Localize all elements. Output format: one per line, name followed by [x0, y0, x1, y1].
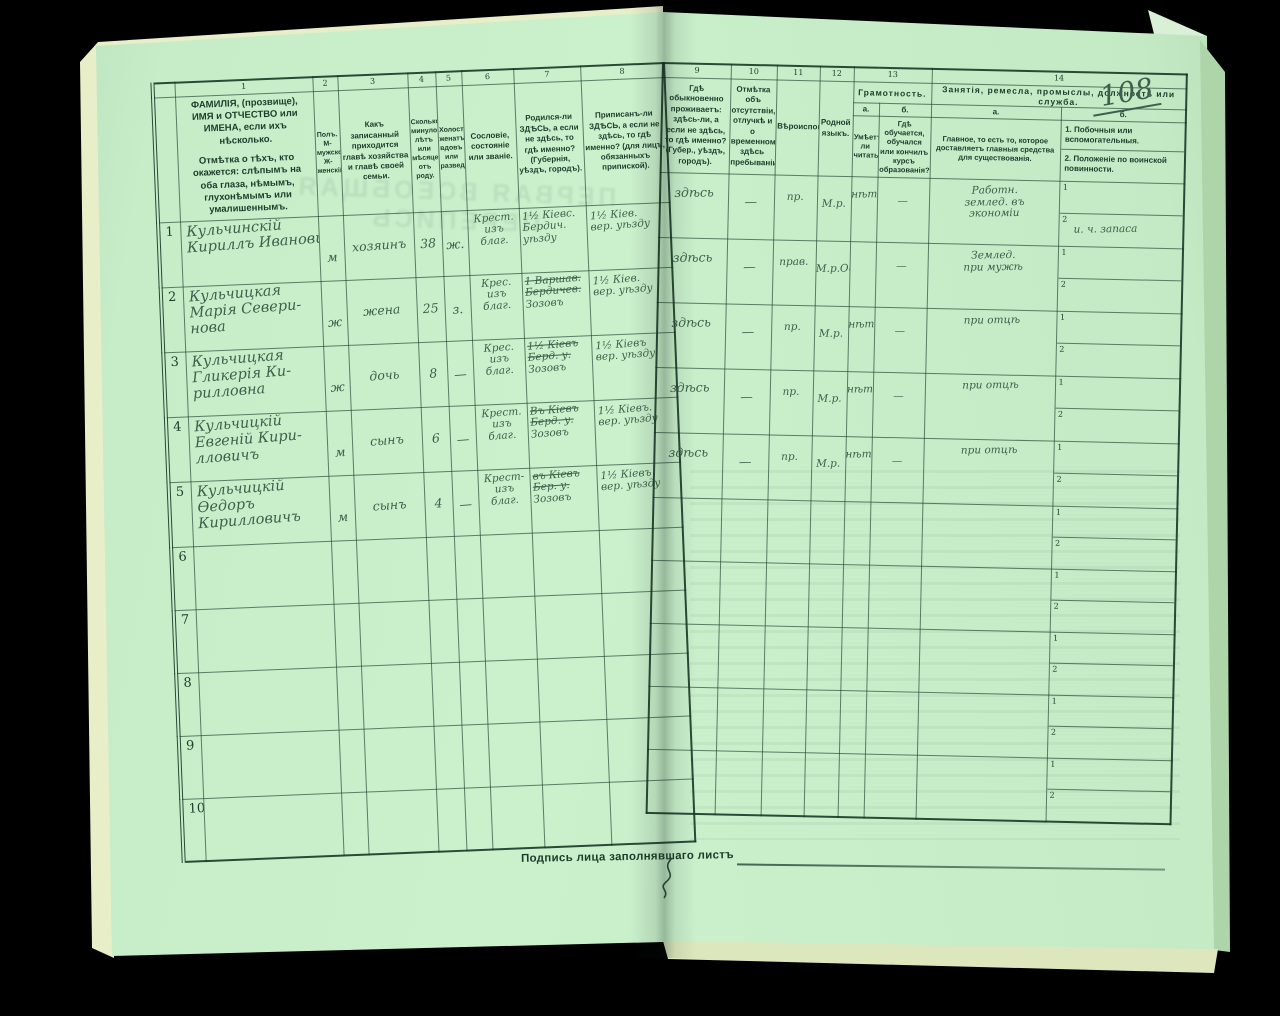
estate-cell: Крест-изъблаг. — [477, 468, 532, 535]
can-read-cell — [843, 501, 870, 564]
estate-cell — [480, 533, 534, 598]
relation-cell — [360, 662, 435, 730]
education-cell — [869, 502, 922, 566]
handwriting-line: благ. — [476, 429, 528, 445]
table-row: здѣсь—прав.М.р.Ос.—Землед.при мужѣ12 — [658, 237, 1183, 313]
birthplace-cell — [537, 656, 606, 722]
table-row: здѣсь—пр.М.р.нѣтъ—при отцѣ12 — [656, 302, 1181, 378]
census-book-scan: ПЕРВАЯ ВСЕОБЩАЯ ПЕРЕПИСЬ 1 2 3 4 5 6 7 8 — [0, 0, 1280, 1016]
marital-cell: — — [445, 340, 476, 407]
occupation-main-cell: при отцѣ — [925, 308, 1056, 376]
occupation-secondary-cell: 12 — [1050, 569, 1176, 635]
name-cell — [201, 730, 341, 798]
birthplace-cell — [539, 719, 608, 785]
secondary-subcells: 12и. ч. запаса — [1059, 181, 1184, 248]
secondary-subcell: 1 — [1055, 376, 1179, 410]
handwriting-line: Зозовъ — [527, 360, 591, 376]
subcell-number: 1 — [1059, 377, 1064, 386]
handwriting-line: Зозовъ — [525, 295, 589, 311]
name-cell — [203, 793, 343, 861]
secondary-subcell: 1 — [1054, 441, 1178, 475]
residence-cell: здѣсь — [657, 303, 726, 369]
subcell-number: 1 — [1054, 570, 1059, 579]
occupation-secondary-cell: 12 — [1047, 695, 1173, 761]
relation-cell — [362, 725, 437, 793]
header-occupation-main: Главное, то есть то, которое доставляетъ… — [930, 117, 1061, 181]
residence-cell: здѣсь — [655, 367, 724, 433]
language-cell: М.р. — [811, 436, 846, 501]
birthplace-cell: 1½ Кіевс.Бердич.уѣзду — [519, 205, 589, 273]
marital-cell: — — [450, 470, 481, 537]
header-religion: Вѣроисповѣданіе. — [775, 80, 820, 176]
secondary-subcell: 1 — [1059, 181, 1183, 215]
occupation-main-cell — [920, 566, 1051, 632]
handwriting-line: благ. — [479, 494, 531, 510]
secondary-subcell: 2и. ч. запаса — [1059, 213, 1183, 248]
handwriting-line: Зозовъ — [530, 425, 594, 441]
occupation-main-cell: при отцѣ — [924, 373, 1055, 441]
secondary-subcells: 12 — [1049, 632, 1174, 697]
subcell-number: 2 — [1058, 410, 1063, 419]
handwriting-line: уѣзду — [522, 230, 586, 246]
absence-cell: — — [727, 174, 774, 240]
absence-cell — [719, 562, 766, 626]
header-registered: Приписанъ-ли ЗДѢСЬ, а если не здѣсь, то … — [581, 77, 670, 205]
absence-cell: — — [726, 239, 773, 305]
absence-cell: — — [723, 369, 770, 435]
subcell-number: 1 — [1061, 248, 1066, 257]
birthplace-cell — [532, 530, 601, 596]
subcell-number: 1 — [1060, 312, 1065, 321]
religion-cell: прав. — [772, 240, 816, 306]
name-cell: КульчинскійКириллъ Ивановичъ — [180, 216, 320, 286]
residence-cell — [650, 623, 719, 687]
name-cell — [193, 541, 333, 609]
residence-cell — [647, 749, 716, 813]
header-relation: Какъ записанный приходится главѣ хозяйст… — [338, 87, 413, 215]
estate-cell — [487, 722, 541, 787]
row-number-cell: 10 — [181, 798, 206, 862]
education-cell — [868, 565, 921, 629]
birthplace-cell: Въ КіевъБерд. у.Зозовъ — [527, 400, 597, 468]
religion-cell: пр. — [771, 305, 815, 371]
handwriting-line: вер. уѣзду — [590, 217, 669, 235]
row-number-cell: 9 — [179, 735, 204, 799]
religion-cell: пр. — [768, 435, 812, 501]
row-number-cell: 5 — [168, 481, 193, 547]
name-cell — [196, 604, 336, 672]
header-military-status: 2. Положеніе по воинской повинности. — [1060, 148, 1184, 180]
residence-cell — [652, 497, 721, 561]
marital-cell — [460, 723, 491, 788]
relation-cell: жена — [344, 276, 419, 346]
estate-cell: Крес.изъблаг. — [472, 338, 527, 405]
relation-cell: сынъ — [350, 406, 425, 476]
secondary-subcells: 12 — [1052, 506, 1177, 571]
header-absence: Отмѣтка объ отсутствіи, отлучкѣ и о врем… — [729, 79, 777, 175]
secondary-subcell: 1 — [1056, 311, 1180, 345]
subcell-number: 1 — [1053, 633, 1058, 642]
secondary-subcell: 1 — [1051, 569, 1175, 602]
relation-cell — [357, 599, 432, 667]
religion-cell: пр. — [773, 175, 817, 241]
secondary-subcells: 12 — [1053, 441, 1178, 508]
birthplace-cell: 1 Варшав.Бердичев.Зозовъ — [521, 270, 591, 338]
subcell-number: 2 — [1052, 665, 1057, 674]
secondary-subcell: 1 — [1052, 506, 1176, 539]
education-cell — [865, 691, 918, 755]
secondary-subcell: 1 — [1049, 632, 1173, 665]
handwriting-line: при отцѣ — [925, 379, 1054, 392]
education-cell: — — [875, 242, 928, 308]
header-group-literacy: Грамотность. — [853, 81, 931, 104]
religion-cell: пр. — [769, 370, 813, 436]
row-number-cell: 1 — [158, 222, 183, 288]
religion-cell — [766, 500, 810, 564]
birthplace-cell: 1½ КіевъБерд. у.Зозовъ — [524, 335, 594, 403]
language-cell — [807, 627, 842, 690]
header-occupation-side: 1. Побочныя или вспомогательныя. — [1061, 120, 1185, 151]
table-row: 12 — [651, 560, 1176, 634]
subcell-number: 1 — [1056, 507, 1061, 516]
secondary-subcell: 1 — [1047, 758, 1171, 791]
education-cell: — — [871, 437, 924, 503]
header-estate: Сословіе, состояніе или званіе. — [462, 83, 519, 210]
name-cell: КульчицкаяМарія Севери-нова — [183, 281, 323, 351]
row-number-cell: 6 — [171, 546, 196, 610]
name-cell: КульчицкійЕвгеній Кири-лловичъ — [188, 411, 328, 481]
header-residence: Гдѣ обыкновенно проживаетъ: здѣсь-ли, а … — [661, 77, 731, 174]
subcell-number: 1 — [1050, 759, 1055, 768]
marital-cell — [463, 786, 494, 851]
marital-cell: — — [448, 405, 479, 472]
birthplace-cell — [542, 782, 611, 848]
language-cell: М.р. — [816, 176, 851, 241]
can-read-cell — [838, 753, 865, 817]
table-row: здѣсь—пр.М.р.нѣтъ—Работн.землед. въэконо… — [659, 172, 1184, 248]
table-row: 12 — [648, 686, 1173, 760]
occupation-secondary-cell: 12 — [1051, 506, 1177, 572]
absence-cell — [718, 625, 765, 689]
language-cell: М.р. — [814, 306, 849, 371]
column-number: 4 — [407, 72, 436, 87]
subcell-number: 2 — [1055, 539, 1060, 548]
header-row: ФАМИЛІЯ, (прозвище), ИМЯ и ОТЧЕСТВО или … — [153, 77, 670, 223]
occupation-secondary-cell: 12 — [1052, 441, 1178, 509]
header-education: Гдѣ обучается, обучался или кончилъ курс… — [878, 116, 931, 178]
table-row: здѣсь—пр.М.р.нѣтъ—при отцѣ12 — [654, 432, 1179, 508]
header-language: Родной языкъ. — [818, 80, 854, 176]
column-number: 12 — [820, 66, 854, 81]
can-read-cell: нѣтъ — [850, 177, 877, 242]
residence-cell — [648, 686, 717, 750]
occupation-secondary-cell: 12 — [1054, 376, 1180, 444]
language-cell — [809, 501, 844, 564]
marital-cell — [458, 660, 489, 725]
subcell-number: 2 — [1061, 280, 1066, 289]
religion-cell — [765, 563, 809, 627]
marital-cell: з. — [442, 275, 473, 342]
name-cell: КульчицкаяГликерія Ки-рилловна — [185, 346, 325, 416]
table-row: здѣсь—пр.М.р.нѣтъ—при отцѣ12 — [655, 367, 1180, 443]
can-read-cell — [839, 690, 866, 753]
column-number: 11 — [777, 66, 820, 81]
absence-cell — [716, 688, 763, 752]
name-cell: КульчицкійѲедоръКирилловичъ — [190, 476, 330, 546]
subcell-number: 1 — [1057, 442, 1062, 451]
secondary-subcells: 12 — [1056, 311, 1181, 378]
occupation-main-cell — [918, 629, 1049, 695]
subcell-number: 2 — [1051, 728, 1056, 737]
education-cell — [864, 754, 917, 818]
row-number-cell: 2 — [161, 287, 186, 353]
occupation-secondary-cell: 12 — [1057, 246, 1183, 314]
secondary-subcell: 2 — [1049, 663, 1173, 697]
absence-cell — [715, 751, 762, 815]
estate-cell: Крест.изъблаг. — [467, 208, 522, 275]
residence-cell: здѣсь — [659, 173, 728, 239]
handwriting-line: благ. — [473, 364, 525, 380]
subcell-number: 2 — [1054, 602, 1059, 611]
education-cell: — — [872, 372, 925, 438]
table-row: 12 — [649, 623, 1174, 697]
secondary-subcells: 12 — [1054, 376, 1179, 443]
signature-squiggle — [650, 856, 684, 900]
name-cell — [198, 667, 338, 735]
birthplace-cell — [534, 593, 603, 659]
row-number-cell: 8 — [176, 672, 201, 736]
header-name-line1: ФАМИЛІЯ, (прозвище), ИМЯ и ОТЧЕСТВО или … — [181, 95, 310, 149]
language-cell: М.р.Ос. — [815, 241, 850, 306]
can-read-cell: нѣтъ — [845, 436, 872, 501]
subcell-number: 1 — [1063, 183, 1068, 192]
secondary-subcell: 2 — [1054, 408, 1178, 443]
occupation-main-cell: Работн.землед. въэкономіи — [928, 178, 1059, 246]
absence-cell — [720, 499, 767, 563]
column-number-blank — [152, 83, 175, 98]
secondary-subcell: 1 — [1048, 695, 1172, 728]
secondary-subcell: 2 — [1050, 600, 1174, 634]
secondary-subcell: 2 — [1047, 726, 1171, 760]
marital-cell: ж. — [440, 210, 471, 277]
handwriting-line: при мужѣ — [928, 261, 1057, 274]
column-number: 9 — [663, 63, 731, 78]
secondary-subcell: 2 — [1052, 537, 1176, 571]
can-read-cell: нѣтъ — [848, 306, 875, 371]
column-number: 10 — [731, 65, 777, 80]
relation-cell: дочь — [347, 341, 422, 411]
occupation-secondary-cell: 12 — [1055, 311, 1181, 379]
language-cell — [804, 753, 839, 817]
secondary-subcell: 2 — [1056, 343, 1180, 378]
handwriting-line: при отцѣ — [924, 444, 1053, 457]
marital-cell — [455, 597, 486, 662]
secondary-subcells: 12 — [1047, 695, 1172, 760]
column-number: 5 — [435, 71, 462, 86]
handwriting-line: экономіи — [929, 208, 1058, 221]
estate-cell: Крес.изъблаг. — [469, 273, 524, 340]
handwriting-line: при отцѣ — [927, 314, 1056, 327]
subcell-number: 1 — [1052, 696, 1057, 705]
occupation-secondary-cell: 12 — [1048, 632, 1174, 698]
header-name: ФАМИЛІЯ, (прозвище), ИМЯ и ОТЧЕСТВО или … — [175, 91, 318, 222]
handwriting-line: Зозовъ — [533, 490, 597, 506]
letter-a: а. — [853, 102, 879, 116]
religion-cell — [761, 752, 805, 816]
estate-cell — [485, 659, 539, 724]
header-name-line2: Отмѣтка о тѣхъ, кто окажется: слѣпымъ на… — [183, 151, 312, 218]
residence-cell — [651, 560, 720, 624]
row-number-cell: 7 — [174, 609, 199, 673]
can-read-cell — [849, 242, 876, 307]
handwriting-line: благ. — [471, 299, 523, 315]
subcell-number: 2 — [1056, 475, 1061, 484]
residence-cell: здѣсь — [658, 238, 727, 304]
secondary-subcell: 2 — [1046, 789, 1170, 823]
occupation-main-cell — [921, 503, 1052, 569]
language-cell — [805, 690, 840, 753]
absence-cell: — — [725, 304, 772, 370]
language-cell: М.р. — [812, 371, 847, 436]
education-cell — [867, 628, 920, 692]
can-read-cell — [842, 564, 869, 627]
absence-cell: — — [722, 434, 769, 500]
occupation-main-cell: Землед.при мужѣ — [927, 243, 1058, 311]
marital-cell — [453, 535, 484, 600]
language-cell — [808, 564, 843, 627]
secondary-subcell: 1 — [1058, 246, 1182, 280]
secondary-subcells: 12 — [1057, 246, 1182, 313]
relation-cell: сынъ — [352, 471, 427, 541]
secondary-subcells: 12 — [1046, 758, 1171, 823]
letter-b: б. — [879, 103, 931, 117]
birthplace-cell: въ КіевъБер. у.Зозовъ — [529, 465, 599, 533]
occupation-secondary-cell: 12 — [1046, 758, 1172, 824]
religion-cell — [762, 689, 806, 753]
table-row: 12 — [647, 749, 1172, 824]
header-can-read: Умѣетъ-ли читать? — [852, 115, 879, 177]
census-table-left-half: 1 2 3 4 5 6 7 8 ФАМИЛІЯ, (прозвище), ИМЯ… — [150, 62, 696, 863]
column-number: 2 — [312, 76, 338, 91]
occupation-secondary-cell: 12и. ч. запаса — [1058, 181, 1184, 249]
header-occupation-secondary: 1. Побочныя или вспомогательныя. 2. Поло… — [1059, 120, 1185, 184]
religion-cell — [764, 626, 808, 690]
row-number-cell: 4 — [166, 417, 191, 483]
table-row: 12 — [652, 497, 1177, 571]
estate-cell — [490, 785, 544, 850]
secondary-subcell: 2 — [1057, 278, 1181, 313]
education-cell: — — [874, 307, 927, 373]
handwriting-line: благ. — [468, 234, 520, 250]
occupation-main-cell — [917, 692, 1048, 758]
header-birthplace: Родился-ли ЗДѢСЬ, а если не здѣсь, то гд… — [514, 80, 586, 208]
occupation-main-cell: при отцѣ — [922, 438, 1053, 506]
handwriting-line: и. ч. запаса — [1059, 214, 1183, 236]
census-table-right-half: 9 10 11 12 13 14 Гдѣ обыкновенно прожива… — [646, 62, 1188, 825]
education-cell: — — [876, 177, 929, 243]
subcell-number: 2 — [1049, 791, 1054, 800]
estate-cell — [482, 596, 536, 661]
can-read-cell — [841, 627, 868, 690]
relation-cell — [365, 788, 440, 856]
occupation-main-cell — [916, 755, 1047, 821]
subcell-number: 2 — [1059, 345, 1064, 354]
can-read-cell: нѣтъ — [846, 371, 873, 436]
row-number-cell: 3 — [163, 352, 188, 418]
residence-cell: здѣсь — [654, 432, 723, 498]
relation-cell: хозяинъ — [342, 211, 417, 281]
relation-cell — [355, 536, 430, 604]
estate-cell: Крест.изъблаг. — [475, 403, 530, 470]
secondary-subcell: 2 — [1053, 473, 1177, 508]
secondary-subcells: 12 — [1050, 569, 1175, 634]
